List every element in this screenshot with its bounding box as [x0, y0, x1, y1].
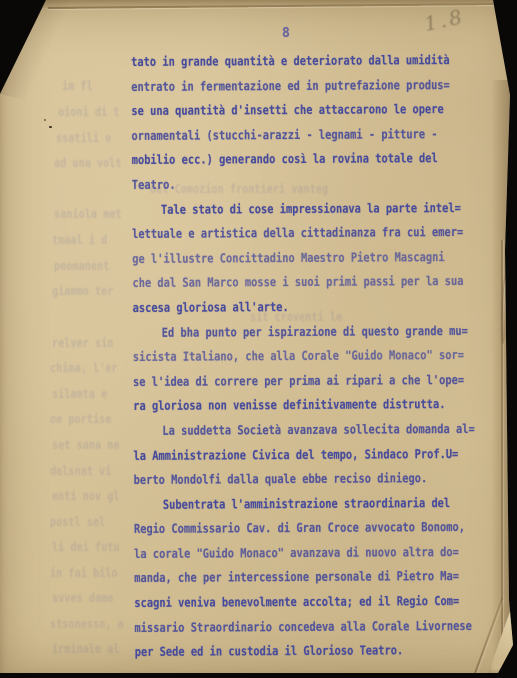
text-line: entrato in fermentazione ed in putrefazi… [131, 73, 471, 100]
text-line: ra gloriosa non venisse definitivamente … [133, 392, 473, 419]
text-line: berto Mondolfi dalla quale ebbe reciso d… [134, 466, 474, 493]
paper-speck [49, 126, 52, 128]
ghost-text-fragment: ssatili e [56, 131, 111, 145]
text-line: Teatro. [132, 171, 472, 198]
text-line: la corale "Guido Monaco" avanzava di nuo… [134, 540, 474, 567]
text-line: scagni veniva benevolmente accolta; ed i… [134, 589, 474, 616]
text-line: lettuale e artistica della cittadinanza … [132, 220, 472, 247]
ghost-text-fragment: set sana ne [52, 438, 120, 452]
paper-sheet: 1.8 8 im floioni di tssatili ead una vol… [0, 0, 517, 678]
text-line: manda, che per intercessione personale d… [134, 564, 474, 591]
page-number: 8 [282, 26, 290, 41]
right-edge-shadow [491, 80, 517, 678]
torn-corner-shadow [0, 0, 70, 110]
ghost-text-fragment: tmaal i d [52, 233, 107, 247]
ghost-text-fragment: saniola met [54, 207, 122, 221]
text-line: ornamentali (stucchi-arazzi - legnami - … [131, 122, 471, 149]
text-line: se l'idea di correre per prima ai ripari… [133, 368, 473, 395]
ghost-text-fragment: relver sin [52, 336, 113, 350]
text-line: missario Straordinario concedeva alla Co… [134, 614, 474, 641]
ghost-text-fragment: ad una volt [54, 156, 122, 170]
text-line: sicista Italiano, che alla Corale "Guido… [133, 343, 473, 370]
ghost-text-fragment: li dei futu [52, 540, 120, 554]
text-line: Regio Commissario Cav. di Gran Croce avv… [134, 515, 474, 542]
paper-speck [44, 119, 46, 121]
ghost-text-fragment: silamta e [52, 387, 107, 401]
text-line: mobilio ecc.) generando così la rovina t… [132, 146, 472, 173]
scan-background: { "page": { "page_number": "8", "handwri… [0, 0, 517, 678]
text-line: tato in grande quantità e deteriorato da… [131, 48, 471, 75]
text-line: per Sede ed in custodia il Glorioso Teat… [135, 638, 475, 665]
ghost-text-fragment: delsnat vi [50, 464, 111, 478]
text-line: ge l'illustre Concittadino Maestro Pietr… [132, 245, 472, 272]
text-line: La suddetta Società avanzava sollecita d… [133, 417, 473, 444]
text-line: Subentrata l'amministrazione straordinar… [134, 491, 474, 518]
ghost-text-fragment: in fai bilo [50, 566, 118, 580]
ghost-text-fragment: svves dame [52, 591, 113, 605]
ghost-text-fragment: oe portise [50, 412, 111, 426]
typewritten-text: tato in grande quantità e deteriorato da… [131, 48, 475, 665]
ghost-text-fragment: giammo ter [52, 284, 113, 298]
text-line: Tale stato di cose impressionava la part… [132, 195, 472, 222]
ghost-text-fragment: postl sel [50, 515, 105, 529]
text-line: la Amministrazione Civica del tempo, Sin… [133, 441, 473, 468]
ghost-text-fragment: chima, l'er [50, 361, 118, 375]
ghost-text-fragment: enti nov gl [52, 489, 120, 503]
text-line: che dal San Marco mosse i suoi primi pas… [132, 269, 472, 296]
ghost-text-fragment: stsonesso, a [50, 617, 124, 631]
text-line: Ed bha punto per ispirazione di questo g… [133, 318, 473, 345]
ghost-text-fragment: irminale al [52, 642, 120, 656]
handwritten-page-mark: 1.8 [422, 4, 467, 36]
text-line: se una quantità d'insetti che attaccaron… [131, 97, 471, 124]
text-line: ascesa gloriosa all'arte. [133, 294, 473, 321]
ghost-text-fragment: peomanent [54, 259, 109, 273]
